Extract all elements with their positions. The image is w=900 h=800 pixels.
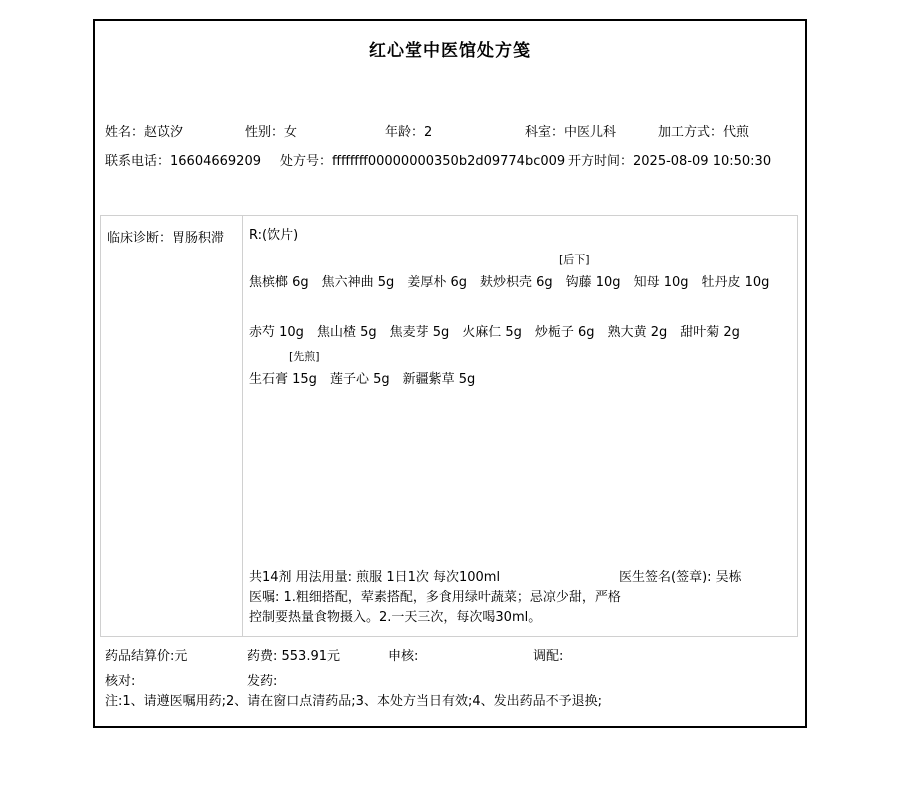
- medicine-item: 姜厚朴 6g: [407, 275, 467, 290]
- medicine-line-2: 赤芍 10g焦山楂 5g焦麦芽 5g火麻仁 5g炒栀子 6g熟大黄 2g甜叶菊 …: [249, 323, 791, 343]
- field-age-label: 年龄：: [385, 125, 424, 140]
- field-name: 姓名：赵苡汐: [105, 121, 183, 140]
- medicine-item: 莲子心 5g: [330, 372, 390, 387]
- footer-settlement-row: 药品结算价:元 药费: 553.91元 申核: 调配:: [95, 645, 805, 663]
- medicine-line-3: 生石膏 15g莲子心 5g新疆紫草 5g: [249, 370, 791, 390]
- check-label: 核对:: [105, 670, 135, 689]
- medicine-item: 赤芍 10g: [249, 325, 304, 340]
- medicine-item: 麸炒枳壳 6g: [480, 275, 553, 290]
- field-department-value: 中医儿科: [564, 125, 616, 140]
- field-department: 科室：中医儿科: [525, 121, 616, 140]
- decoction-note-houxia: [后下]: [559, 253, 791, 267]
- decoction-note-xianjian: [先煎]: [289, 350, 791, 364]
- field-rx-number: 处方号：ffffffff00000000350b2d09774bc009: [280, 150, 565, 169]
- field-name-value: 赵苡汐: [144, 125, 183, 140]
- medicine-item: 火麻仁 5g: [462, 325, 522, 340]
- field-time: 开方时间：2025-08-09 10:50:30: [568, 150, 771, 169]
- field-processing-value: 代煎: [723, 125, 749, 140]
- medicine-item: 知母 10g: [634, 275, 689, 290]
- medicine-item: 熟大黄 2g: [608, 325, 668, 340]
- medicine-item: 炒栀子 6g: [535, 325, 595, 340]
- medicine-fee: 药费: 553.91元: [247, 645, 340, 664]
- rx-cell: R:(饮片) [后下] 焦槟榔 6g焦六神曲 5g姜厚朴 6g麸炒枳壳 6g钩藤…: [243, 216, 797, 636]
- field-rx-number-value: ffffffff00000000350b2d09774bc009: [332, 154, 565, 169]
- doctor-advice-line-2: 控制要热量食物摄入。2.一天三次，每次喝30ml。: [249, 608, 791, 628]
- medicine-item: 新疆紫草 5g: [403, 372, 476, 387]
- dispense-label: 调配:: [533, 645, 563, 664]
- field-phone: 联系电话：16604669209: [105, 150, 261, 169]
- prescription-body-box: 临床诊断：胃肠积滞 R:(饮片) [后下] 焦槟榔 6g焦六神曲 5g姜厚朴 6…: [100, 215, 798, 637]
- field-department-label: 科室：: [525, 125, 564, 140]
- dosage-line: 共14剂 用法用量: 煎服 1日1次 每次100ml: [249, 570, 500, 585]
- medicine-item: 钩藤 10g: [566, 275, 621, 290]
- patient-info-row-2: 联系电话：16604669209 处方号：ffffffff00000000350…: [95, 150, 805, 168]
- prescription-sheet: 红心堂中医馆处方笺 姓名：赵苡汐 性别：女 年龄：2 科室：中医儿科 加工方式：…: [93, 19, 807, 728]
- issue-label: 发药:: [247, 670, 277, 689]
- medicine-item: 生石膏 15g: [249, 372, 317, 387]
- field-processing: 加工方式：代煎: [658, 121, 749, 140]
- field-age-value: 2: [424, 125, 432, 140]
- diagnosis-cell: 临床诊断：胃肠积滞: [101, 216, 243, 636]
- footer-note: 注:1、请遵医嘱用药;2、请在窗口点清药品;3、本处方当日有效;4、发出药品不予…: [105, 690, 602, 709]
- field-phone-value: 16604669209: [170, 154, 261, 169]
- field-age: 年龄：2: [385, 121, 432, 140]
- field-gender-value: 女: [284, 125, 297, 140]
- medicine-item: 焦山楂 5g: [317, 325, 377, 340]
- medicine-item: 焦六神曲 5g: [322, 275, 395, 290]
- patient-info-row-1: 姓名：赵苡汐 性别：女 年龄：2 科室：中医儿科 加工方式：代煎: [95, 121, 805, 139]
- usage-row: 共14剂 用法用量: 煎服 1日1次 每次100ml 医生签名(签章): 吴栋: [249, 568, 791, 588]
- page-title: 红心堂中医馆处方笺: [95, 36, 805, 61]
- settlement-price-label: 药品结算价:元: [105, 645, 187, 664]
- field-rx-number-label: 处方号：: [280, 154, 332, 169]
- medicine-line-1: 焦槟榔 6g焦六神曲 5g姜厚朴 6g麸炒枳壳 6g钩藤 10g知母 10g牡丹…: [249, 273, 791, 293]
- rx-header: R:(饮片): [249, 227, 791, 245]
- field-time-value: 2025-08-09 10:50:30: [633, 154, 771, 169]
- medicine-item: 甜叶菊 2g: [680, 325, 740, 340]
- footer-check-row: 核对: 发药:: [95, 670, 805, 688]
- medicine-item: 焦槟榔 6g: [249, 275, 309, 290]
- field-phone-label: 联系电话：: [105, 154, 170, 169]
- medicine-item: 牡丹皮 10g: [702, 275, 770, 290]
- review-label: 申核:: [388, 645, 418, 664]
- rx-bottom-block: 共14剂 用法用量: 煎服 1日1次 每次100ml 医生签名(签章): 吴栋 …: [249, 568, 791, 628]
- field-time-label: 开方时间：: [568, 154, 633, 169]
- medicine-item: 焦麦芽 5g: [390, 325, 450, 340]
- doctor-signature: 医生签名(签章): 吴栋: [619, 568, 742, 588]
- field-gender-label: 性别：: [245, 125, 284, 140]
- footer-note-row: 注:1、请遵医嘱用药;2、请在窗口点清药品;3、本处方当日有效;4、发出药品不予…: [95, 690, 805, 708]
- diagnosis-label: 临床诊断：: [107, 231, 172, 246]
- diagnosis-value: 胃肠积滞: [172, 231, 224, 246]
- field-gender: 性别：女: [245, 121, 297, 140]
- doctor-advice-line-1: 医嘱: 1.粗细搭配，荤素搭配，多食用绿叶蔬菜；忌凉少甜，严格: [249, 588, 791, 608]
- field-name-label: 姓名：: [105, 125, 144, 140]
- field-processing-label: 加工方式：: [658, 125, 723, 140]
